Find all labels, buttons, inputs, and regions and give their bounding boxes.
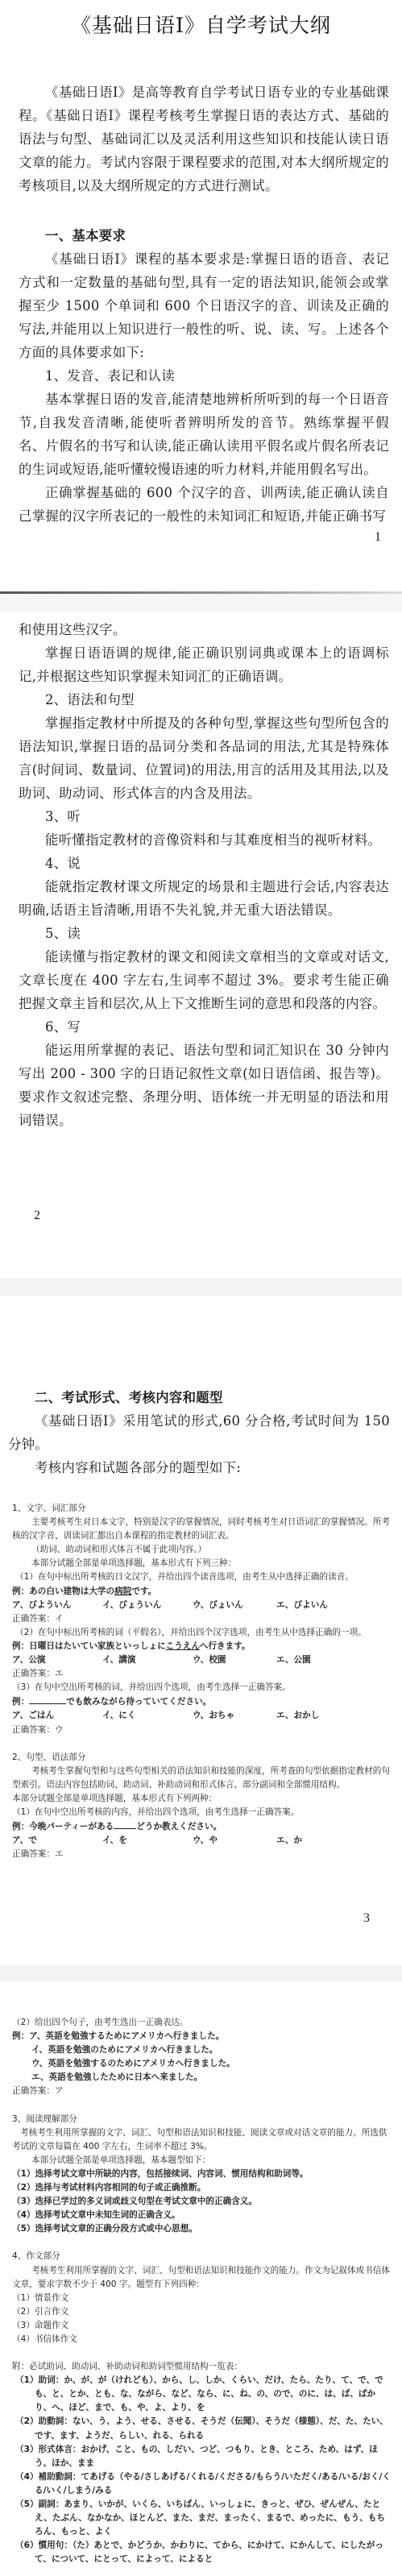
exam-format-continued: （2）给出四个句子，由考生选出一正确表达。 例：ア、英語を勉強するためにアメリカ… [12, 2016, 391, 2566]
part2-desc: 考核考生掌握句型和与这些句型相关的语法知识和技能的深度，所考查的句型依据指定教材… [12, 1765, 391, 1792]
part1-form1-answer: 正确答案：イ [12, 1612, 391, 1626]
spacer [12, 1737, 391, 1751]
subheading-grammar: 2、语法和句型 [19, 688, 389, 711]
part4-desc: 考核考生利用所掌握的文字、词汇、句型和语法知识和技能作文的能力。作文为记叙体或书… [12, 2264, 391, 2292]
part3-heading: 3、阅读理解部分 [12, 2113, 391, 2126]
part4-form-4: （4）书信体作文 [12, 2333, 391, 2346]
paragraph-pronunciation-cont: 和使用这些汉字。 [19, 618, 389, 641]
paragraph-speaking: 能就指定教材课文所规定的场景和主题进行会话,内容表达明确,话语主旨清晰,用语不失… [19, 875, 389, 922]
blank-line [29, 1695, 66, 1704]
blank-line [114, 1819, 136, 1829]
part1-form1-example: 例：あの白い建物は大学の病院です。 [12, 1585, 391, 1599]
example-underlined: 病院 [114, 1587, 131, 1596]
subheading-pronunciation: 1、发音、表记和认读 [19, 364, 389, 388]
part4-heading: 4、作文部分 [12, 2250, 391, 2263]
part4-form-1: （1）情景作文 [12, 2292, 391, 2305]
basic-requirements-section: 一、基本要求 《基础日语Ⅰ》课程的基本要求是:掌握日语的语音、表记方式和一定数量… [19, 224, 389, 528]
part2-form2-sentence-a: 例：ア、英語を勉強するためにアメリカへ行きました。 [12, 2030, 391, 2043]
part2-heading: 2、句型、语法部分 [12, 1751, 391, 1765]
appendix-text: おかげ、こと、もの、しだい、つど、つもり、とき、ところ、ため、はず、ほう、ほか、… [35, 2445, 378, 2468]
part1-form1-options: ア、びよういん イ、びょういん ウ、びょいん エ、びよいん [12, 1599, 391, 1612]
part1-form3-example: 例：でも飲みながら待っていてください。 [12, 1695, 391, 1709]
part2-form2-sentence-d: エ、英語を勉強したために日本へ来ました。 [12, 2071, 391, 2084]
example-label: 例： [12, 2031, 29, 2041]
exam-format-lead: 考核内容和试题各部分的题型如下: [8, 1456, 390, 1479]
option-d: エ、か [276, 1834, 302, 1848]
exam-format-section: 二、考试形式、考核内容和题型 《基础日语Ⅰ》采用笔试的形式,60 分合格,考试时… [8, 1386, 390, 1479]
subheading-listening: 3、听 [19, 805, 389, 828]
section-heading-basic-requirements: 一、基本要求 [19, 224, 389, 247]
spacer [12, 2236, 391, 2250]
appendix-label: （6）慣用句： [15, 2541, 73, 2550]
part1-form2-answer: 正确答案：エ [12, 1667, 391, 1681]
part1-form3-desc: （3）在句中空出所考核的词，并给出四个选项，由考生选择一正确答案。 [12, 1681, 391, 1695]
appendix-label: （3）形式体言： [15, 2445, 81, 2454]
appendix-text: （た）あとで、かどうか、かわりに、てから、にかけて、にかんして、にしたがって、に… [35, 2541, 383, 2564]
page-1: 《基础日语Ⅰ》自学考试大纲 《基础日语Ⅰ》是高等教育自学考试日语专业的专业基础课… [0, 0, 402, 591]
option-a: ア、ごはん [12, 1709, 102, 1723]
part3-form-4: （4）选择考试文章中未知生词的正确含义。 [12, 2209, 391, 2222]
appendix-idioms: （6）慣用句：（た）あとで、かどうか、かわりに、てから、にかけて、にかんして、に… [12, 2539, 391, 2566]
appendix-auxiliary-verbs: （2）助動詞：ない、う、よう、せる、させる、そうだ（伝聞）、そうだ（様態）、だ、… [12, 2415, 391, 2442]
option-c: ウ、びょいん [193, 1599, 276, 1612]
part3-form-3: （3）选择已学过的多义词或歧义句型在考试文章中的正确含义。 [12, 2195, 391, 2209]
paragraph-pronunciation-1: 基本掌握日语的发音,能清楚地辨析所听到的每一个日语音节,自我发音清晰,能使听者辨… [19, 388, 389, 481]
part1-heading: 1、文字、词汇部分 [12, 1502, 391, 1516]
part1-form2-desc: （2）在句中标出所考核的词（平假名），并给出四个汉字选项，由考生从中选择正确的一… [12, 1626, 391, 1640]
subheading-reading: 5、读 [19, 922, 389, 945]
page-4: （2）给出四个句子，由考生选出一正确表达。 例：ア、英語を勉強するためにアメリカ… [0, 1982, 402, 2576]
paragraph-grammar: 掌握指定教材中所提及的各种句型,掌握这些句型所包含的语法知识,掌握日语的品词分类… [19, 711, 389, 805]
option-c: ウ、おちゃ [193, 1709, 276, 1723]
page-number: 2 [34, 1209, 40, 1223]
part2-form2-desc: （2）给出四个句子，由考生选出一正确表达。 [12, 2016, 391, 2030]
page-gap [0, 594, 402, 612]
part1-vocabulary: 1、文字、词汇部分 主要考核考生对日本文字，特别是汉字的掌握情况，同时考核考生对… [12, 1502, 391, 1861]
option-b: イ、にく [102, 1709, 193, 1723]
part2-form2-answer: 正确答案：ア [12, 2084, 391, 2098]
example-text: 例：日曜日はたいてい家族といっしょに [12, 1641, 166, 1651]
option-c: ウ、校園 [193, 1653, 276, 1667]
page-3: 二、考试形式、考核内容和题型 《基础日语Ⅰ》采用笔试的形式,60 分合格,考试时… [0, 1296, 402, 1964]
part1-form2-example: 例：日曜日はたいてい家族といっしょにこうえんへ行きます。 [12, 1640, 391, 1653]
option-a: ア、で [12, 1834, 102, 1848]
part2-form1-desc: （1）在句中空出所考核的内容，并给出四个选项，由考生选择一正确答案。 [12, 1806, 391, 1819]
appendix-text: あまり、いかが、いくら、いちばん、いっしょに、きっと、ぜひ、ぜんぜん、たとえ、た… [35, 2499, 385, 2537]
intro-section: 《基础日语Ⅰ》是高等教育自学考试日语专业的专业基础课程。《基础日语Ⅰ》课程考核考… [19, 81, 389, 197]
appendix-adverbs: （5）副詞：あまり、いかが、いくら、いちばん、いっしょに、きっと、ぜひ、ぜんぜん… [12, 2498, 391, 2539]
spacer [12, 2346, 391, 2360]
example-text: どうか教えください。 [136, 1822, 222, 1831]
option-b: イ、講演 [102, 1653, 193, 1667]
part2-form2-sentence-c: ウ、英語を勉強するのためにアメリカへ行きました。 [12, 2057, 391, 2071]
part1-form1-desc: （1）在句中标出所考核的日文汉字，并给出四个读音选项，由考生从中选择正确的读音。 [12, 1570, 391, 1584]
option-b: イ、を [102, 1834, 193, 1848]
example-text: 例：今晩パーティーがある [12, 1822, 114, 1831]
option-d: エ、公園 [276, 1653, 311, 1667]
part3-form-1: （1）选择考试文章中所缺的内容，包括接续词、内容词、惯用结构和助词等。 [12, 2167, 391, 2181]
appendix-label: （4）補助動詞： [15, 2472, 81, 2482]
option-d: エ、びよいん [276, 1599, 328, 1612]
sentence-text: ア、英語を勉強するためにアメリカへ行きました。 [29, 2031, 224, 2041]
document-title: 《基础日语Ⅰ》自学考试大纲 [0, 10, 402, 39]
option-b: イ、びょういん [102, 1599, 193, 1612]
part1-note: （助词、助动词和形式体言不属于此项内容。） [12, 1543, 391, 1557]
part1-form2-options: ア、公演 イ、講演 ウ、校園 エ、公園 [12, 1653, 391, 1667]
example-text: でも飲みながら待っていてください。 [66, 1697, 211, 1707]
example-text: です。 [131, 1587, 156, 1596]
subheading-speaking: 4、说 [19, 852, 389, 875]
page-number: 3 [363, 1911, 370, 1926]
example-text: へ行きます。 [200, 1641, 251, 1651]
intro-paragraph: 《基础日语Ⅰ》是高等教育自学考试日语专业的专业基础课程。《基础日语Ⅰ》课程考核考… [19, 81, 389, 197]
paragraph-reading: 能读懂与指定教材的课文和阅读文章相当的文章或对话文,文章长度在 400 字左右,… [19, 945, 389, 1015]
part2-form2-sentence-b: イ、英語を勉強のためにアメリカへ行きました。 [12, 2043, 391, 2057]
appendix-label: （2）助動詞： [15, 2416, 73, 2426]
option-a: ア、びよういん [12, 1599, 102, 1612]
section-heading-exam-format: 二、考试形式、考核内容和题型 [8, 1386, 390, 1409]
paragraph-pronunciation-2: 正确掌握基础的 600 个汉字的音、训两读,能正确认读自己掌握的汉字所表记的一般… [19, 481, 389, 528]
subheading-writing: 6、写 [19, 1015, 389, 1039]
part2-form1-answer: 正确答案：エ [12, 1848, 391, 1861]
appendix-text: てあげる（やる/さしあげる/くれる/くださる/もらう/いただく/ある/いる/おく… [35, 2472, 391, 2495]
appendix-formal-nouns: （3）形式体言：おかげ、こと、もの、しだい、つど、つもり、とき、ところ、ため、は… [12, 2443, 391, 2470]
page-2: 和使用这些汉字。 掌握日语语调的规律,能正确识别词典或课本上的语调标记,并根据这… [0, 612, 402, 1278]
appendix-text: ない、う、よう、せる、させる、そうだ（伝聞）、そうだ（様態）、だ、た、たい、です… [35, 2416, 388, 2440]
part3-desc: 考核考生利用所掌握的文字、词汇、句型和语法知识和技能、阅读文章或对话文章的能力。… [12, 2126, 391, 2154]
option-c: ウ、や [193, 1834, 276, 1848]
page-gap [0, 1278, 402, 1296]
appendix-text: か、が、が（けれども）、から、し、しか、くらい、だけ、たら、たり、て、で、でも、… [35, 2375, 383, 2412]
spacer [12, 2099, 391, 2113]
paragraph-writing: 能运用所掌握的表记、语法句型和词汇知识在 30 分钟内写出 200 - 300 … [19, 1039, 389, 1132]
appendix-particles: （1）助词：か、が、が（けれども）、から、し、しか、くらい、だけ、たら、たり、て… [12, 2374, 391, 2415]
part2-form1-options: ア、で イ、を ウ、や エ、か [12, 1834, 391, 1848]
page-gap [0, 1964, 402, 1982]
appendix-heading: 附：必试助词、助动词、补助动词和助词型惯用结构一览表： [12, 2360, 391, 2374]
part4-form-3: （3）命题作文 [12, 2319, 391, 2333]
part2-form1-example: 例：今晩パーティーがあるどうか教えください。 [12, 1819, 391, 1834]
example-text: 例： [12, 1697, 29, 1707]
part1-form3-options: ア、ごはん イ、にく ウ、おちゃ エ、おかし [12, 1709, 391, 1723]
part3-form-2: （2）选择与考试材料内容相同的句子或正确推断。 [12, 2181, 391, 2195]
appendix-supplementary-verbs: （4）補助動詞：てあげる（やる/さしあげる/くれる/くださる/もらう/いただく/… [12, 2470, 391, 2498]
part2-forms-intro: 本部分试题全部是单项选择题，基本形式有下列两种： [12, 1792, 391, 1806]
paragraph-listening: 能听懂指定教材的音像资料和与其难度相当的视听材料。 [19, 828, 389, 852]
part1-form3-answer: 正确答案：ウ [12, 1724, 391, 1737]
part1-forms-intro: 本部分试题全部是单项选择题，基本形式有下列三种： [12, 1557, 391, 1570]
option-d: エ、おかし [276, 1709, 319, 1723]
part1-desc: 主要考核考生对日本文字，特别是汉字的掌握情况，同时考核考生对日语词汇的掌握情况。… [12, 1516, 391, 1543]
part4-form-2: （2）引言作文 [12, 2305, 391, 2319]
appendix-label: （1）助词： [15, 2375, 64, 2385]
appendix-label: （5）副詞： [15, 2499, 64, 2509]
basic-requirements-intro: 《基础日语Ⅰ》课程的基本要求是:掌握日语的语音、表记方式和一定数量的基础句型,具… [19, 247, 389, 364]
exam-format-intro: 《基础日语Ⅰ》采用笔试的形式,60 分合格,考试时间为 150 分钟。 [8, 1409, 390, 1456]
example-underlined: こうえん [166, 1641, 200, 1651]
part3-forms-intro: 本部分试题全部是单项选择题，基本题型如下： [12, 2154, 391, 2167]
part3-form-5: （5）选择考试文章的正确分段方式或中心思想。 [12, 2222, 391, 2236]
example-text: 例：あの白い建物は大学の [12, 1587, 114, 1596]
option-a: ア、公演 [12, 1653, 102, 1667]
paragraph-intonation: 掌握日语语调的规律,能正确识别词典或课本上的语调标记,并根据这些知识掌握未知词汇… [19, 641, 389, 688]
requirements-continued: 和使用这些汉字。 掌握日语语调的规律,能正确识别词典或课本上的语调标记,并根据这… [19, 618, 389, 1132]
page-number: 1 [375, 530, 381, 545]
